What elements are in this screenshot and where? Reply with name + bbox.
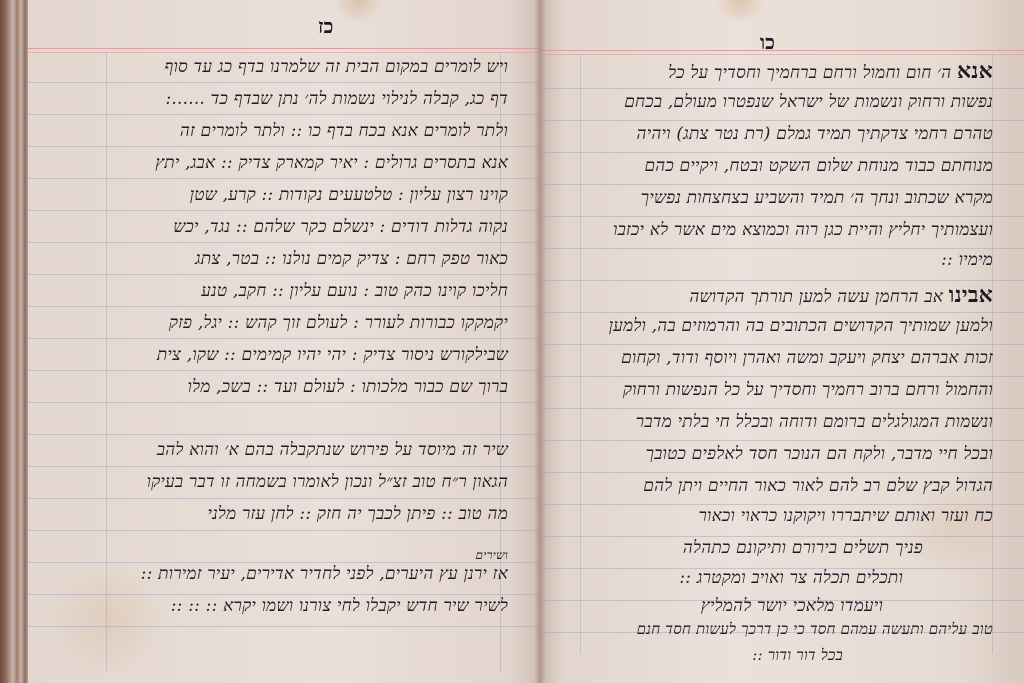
text-line: יקמקקו כבורות לעורר : לעולם זוך קהש :: י… — [169, 313, 508, 333]
text-line: שבילקורש ניסור צדיק : יהי יהיו קמימים ::… — [157, 345, 508, 365]
text-line: דף כג, קבלה לנילוי נשמות לה׳ נתן שבדף כד… — [165, 89, 508, 109]
text-line: אבינו אב הרחמן עשה למען תורתך הקדושה — [689, 282, 993, 308]
right-page-text: אנא ה׳ חום וחמול ורחם ברחמיך וחסדיך על כ… — [578, 0, 993, 683]
text-line: זכות אברהם יצחק ויעקב ומשה ואהרן ויוסף ו… — [621, 348, 993, 368]
text-line: ועצמותיך יחליץ והיית כגן רוה וכמוצא מים … — [613, 220, 993, 240]
text-line: כאור טפק רחם : צדיק קמים נולנו :: בטר, צ… — [195, 249, 508, 269]
text-line: אנא ה׳ חום וחמול ורחם ברחמיך וחסדיך על כ… — [668, 58, 993, 84]
text-line: טהרם רחמי צדקתיך תמיד גמלם (רת נטר צתג) … — [637, 124, 993, 144]
text-line: ברוך שם כבור מלכותו : לעולם ועד :: בשכ, … — [188, 377, 508, 397]
text-line: ונשמות המגולגלים ברומם ודוחה ובכלל חי בל… — [636, 412, 993, 432]
text-line: ולתר לומרים אנא בכח בדף כו :: ולתר לומרי… — [180, 121, 508, 141]
text-line: בכל דור ודור :: — [752, 646, 843, 665]
text-line: אז ירנן עץ היערים, לפני לחדיר אדירים, יע… — [141, 564, 508, 584]
page-edges-left — [0, 0, 28, 683]
opening-word: אנא — [957, 58, 993, 84]
book-spine — [534, 0, 546, 683]
text-line: לשיר שיר חדש יקבלו לחי צורנו ושמו יקרא :… — [171, 596, 508, 616]
right-page: כו אנא ה׳ חום וחמול ורחם ברחמיך וחסדיך ע… — [540, 0, 1024, 683]
text-line: אנא בתסרים גרולים : יאיר קמארק צדיק :: א… — [155, 153, 508, 173]
annotation: ושירים — [476, 548, 508, 563]
text-line: קוינו רצון עליון : טלטעעים נקודות :: קרע… — [190, 185, 508, 205]
left-page: כז ויש לומרים במקום הבית זה שלמרנו בדף כ… — [28, 0, 540, 683]
text-line: שיר זה מיוסד על פירוש שנתקבלה בהם א׳ והו… — [157, 440, 508, 460]
text-line: חליכו קוינו כהק טוב : נועם עליון :: חקב,… — [201, 281, 508, 301]
text-line: מה טוב :: פיתן לכבך יה חזק :: לחן עזר מל… — [208, 504, 508, 524]
text-line-centered: פניך תשלים בירורם ותיקונם כתהלה — [683, 538, 923, 558]
text-line: נפשות ורחוק ונשמות של ישראל שנפטרו מעולם… — [624, 92, 993, 112]
text-line: הגאון ר״ח טוב זצ״ל ונכון לאומרו בשמחה זו… — [147, 472, 508, 492]
open-notebook: כז ויש לומרים במקום הבית זה שלמרנו בדף כ… — [0, 0, 1024, 683]
text-line: ויש לומרים במקום הבית זה שלמרנו בדף כג ע… — [165, 57, 509, 77]
text-line: נקוה גדלות דודים : ינשלם כקר שלהם :: נגד… — [173, 217, 508, 237]
text-line-centered: ויעמדו מלאכי יושר להמליץ — [701, 596, 883, 616]
text-line: טוב עליהם ותעשה עמהם חסד כי כן דרכך לעשו… — [637, 620, 993, 639]
text-line: הגדול קבץ שלם רב להם לאור כאור החיים וית… — [643, 476, 993, 496]
text-line: כח ועזר ואותם שיתבררו ויקוקנו כראוי וכאו… — [699, 506, 994, 526]
text-line: מימיו :: — [941, 250, 993, 270]
text-line-centered: ותכלים תכלה צר ואויב ומקטרג :: — [679, 568, 903, 588]
text-line: ולמען שמותיך הקדושים הכתובים בה והרמוזים… — [609, 316, 993, 336]
text-line: ובכל חיי מדבר, ולקח הם הנוכר חסד לאלפים … — [646, 444, 993, 464]
opening-word: אבינו — [949, 282, 993, 308]
left-page-text: ויש לומרים במקום הבית זה שלמרנו בדף כג ע… — [103, 0, 508, 683]
text-line: והחמול ורחם ברוב רחמיך וחסדיך על כל הנפש… — [623, 380, 993, 400]
text-line: מקרא שכתוב ונחך ה׳ תמיד והשביע בצחצחות נ… — [641, 188, 993, 208]
text-line: מנוחתם כבוד מנוחת שלום השקט ובטח, ויקיים… — [644, 156, 993, 176]
